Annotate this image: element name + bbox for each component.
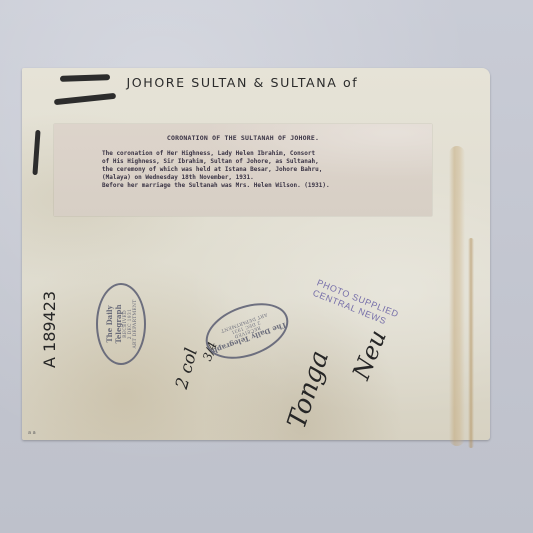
crossed-out-note: [32, 130, 40, 175]
slip-line: (Malaya) on Wednesday 18th November, 193…: [102, 174, 422, 182]
photo-print-back: JOHORE SULTAN & SULTANA of CORONATION OF…: [22, 68, 490, 440]
slip-line: of His Highness, Sir Ibrahim, Sultan of …: [102, 158, 422, 166]
crossed-out-note: [54, 93, 116, 105]
handwritten-caption: JOHORE SULTAN & SULTANA of: [126, 76, 358, 90]
crossed-out-note: [60, 74, 110, 82]
signature: Tonga: [282, 347, 335, 432]
slip-line: The coronation of Her Highness, Lady Hel…: [102, 150, 422, 158]
slip-line: Before her marriage the Sultanah was Mrs…: [102, 182, 422, 190]
slip-heading: CORONATION OF THE SULTANAH OF JOHORE.: [54, 134, 432, 142]
water-stain: [468, 238, 474, 448]
price-note: 3/4: [200, 340, 220, 363]
photo-supplied-stamp: PHOTO SUPPLIED CENTRAL NEWS: [311, 277, 400, 330]
stamp-name: The Daily Telegraph: [105, 285, 123, 363]
corner-mark: a a: [28, 430, 36, 436]
slip-line: the ceremony of which was held at Istana…: [102, 166, 422, 174]
stamp-department: ART DEPARTMENT: [133, 299, 138, 348]
water-stain: [449, 146, 465, 446]
received-stamp: The Daily Telegraph RECEIVED 2 DEC 1931 …: [96, 283, 146, 365]
slip-body: The coronation of Her Highness, Lady Hel…: [102, 150, 422, 190]
signature: Neu: [347, 326, 392, 383]
reference-number: A 189423: [40, 291, 59, 368]
column-note: 2 col: [172, 346, 202, 391]
press-caption-slip: CORONATION OF THE SULTANAH OF JOHORE. Th…: [54, 124, 432, 216]
